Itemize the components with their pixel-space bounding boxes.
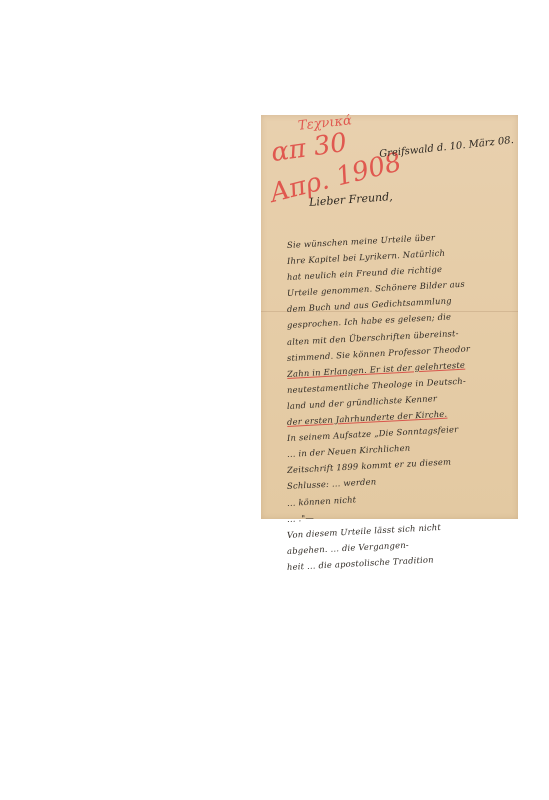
letter-page: Τεχνικά απ 30 Απρ. 1908 Greifswald d. 10… xyxy=(261,115,518,519)
red-annotation-number: απ 30 xyxy=(270,130,349,166)
letter-body: Sie wünschen meine Urteile über Ihre Kap… xyxy=(287,237,512,575)
place-date: Greifswald d. 10. März 08. xyxy=(379,136,515,160)
